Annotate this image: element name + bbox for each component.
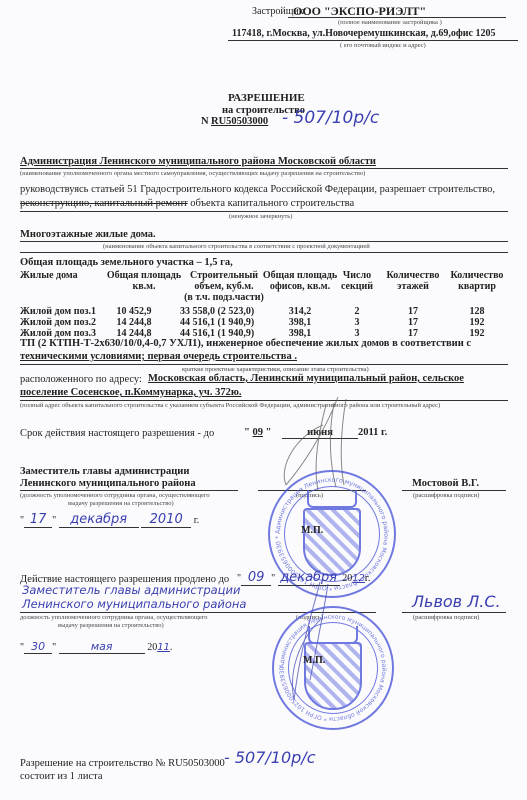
header-apartments: Количествоквартир [444,270,510,292]
validity-label: Срок действия настоящего разрешения - до [20,428,214,439]
extension-position-caption2: выдачу разрешения на строительство) [58,622,164,629]
footer-line2: состоит из 1 листа [20,771,103,782]
location-label: расположенного по адресу: [20,374,142,385]
extension-position-caption1: должность уполномоченного сотрудника орг… [20,614,208,621]
land-area: Общая площадь земельного участка – 1,5 г… [20,257,233,268]
characteristics-line1: ТП (2 КТПН-Т-2х630/10/0,4-0,7 УХЛ1), инж… [20,338,471,349]
characteristics-line2: техническими условиями; первая очередь с… [20,351,297,362]
developer-name-caption: (полное наименование застройщика ) [338,19,442,26]
legal-basis-line2: объекта капитального строительства [188,198,355,209]
signatory1-date: "17" декабря 2010 г. [20,512,199,528]
svg-text:Администрация Ленинского муниц: Администрация Ленинского муниципального … [274,608,387,722]
permit-number: RU50503000 [211,116,268,127]
legal-basis-caption: (ненужное зачеркнуть) [229,213,292,220]
object-name-caption: (наименование объекта капитального строи… [103,243,370,250]
object-name: Многоэтажные жилые дома. [20,229,156,240]
permit-number-handwritten: - 507/10р/с [282,108,379,128]
legal-basis-line1: руководствуясь статьей 51 Градостроитель… [20,184,495,195]
header-volume: Строительныйобъем, куб.м.(в т.ч. подз.ча… [180,270,268,303]
footer-number-handwritten: - 507/10р/с [224,748,316,767]
permit-number-prefix: N [201,116,209,127]
document-title: РАЗРЕШЕНИЕ [228,92,305,104]
signatory1-name: Мостовой В.Г. [412,478,479,489]
issuing-authority-caption: (наименование уполномоченного органа мес… [20,170,365,177]
official-seal-2: Администрация Ленинского муниципального … [272,606,394,730]
header-sections: Числосекций [338,270,376,292]
signatory1-name-caption: (расшифровка подписи) [413,492,479,499]
developer-address-caption: ( его почтовый индекс и адрес) [340,42,426,49]
extension-position-hand-line1: Заместитель главы администрации [22,583,240,597]
signatory1-position-caption1: (должность уполномоченного сотрудника ор… [20,492,210,499]
header-buildings: Жилые дома [20,270,78,281]
header-floors: Количествоэтажей [380,270,446,292]
extension-name-hand: Львов Л.С. [412,592,501,611]
characteristics-caption: краткие проектные характеристики, описан… [182,366,369,373]
stamp-place-label-1: М.П. [301,525,323,536]
extension-signed-date: "30" мая 2011. [20,640,172,654]
signatory1-position-line1: Заместитель главы администрации [20,466,189,477]
header-total-area: Общая площадькв.м. [104,270,184,292]
developer-address: 117418, г.Москва, ул.Новочеремушкинская,… [232,28,496,39]
location-line2: поселение Сосенское, п.Коммунарка, уч. 3… [20,387,241,398]
struck-options: реконструкцию, капитальный ремонт [20,198,188,209]
signatory1-position-line2: Ленинского муниципального района [20,478,196,489]
stamp-place-label-2: М.П. [303,655,325,666]
extension-name-caption: (расшифровка подписи) [413,614,479,621]
issuing-authority: Администрация Ленинского муниципального … [20,156,376,167]
header-office-area: Общая площадьофисов, кв.м. [262,270,338,292]
footer-line1: Разрешение на строительство № RU50503000 [20,758,225,769]
signatory1-position-caption2: выдачу разрешения на строительство) [68,500,174,507]
extension-position-hand-line2: Ленинского муниципального района [22,597,246,611]
buildings-table: Жилые дома Общая площадькв.м. Строительн… [0,270,527,340]
location-line1: Московская область, Ленинский муниципаль… [148,373,464,384]
